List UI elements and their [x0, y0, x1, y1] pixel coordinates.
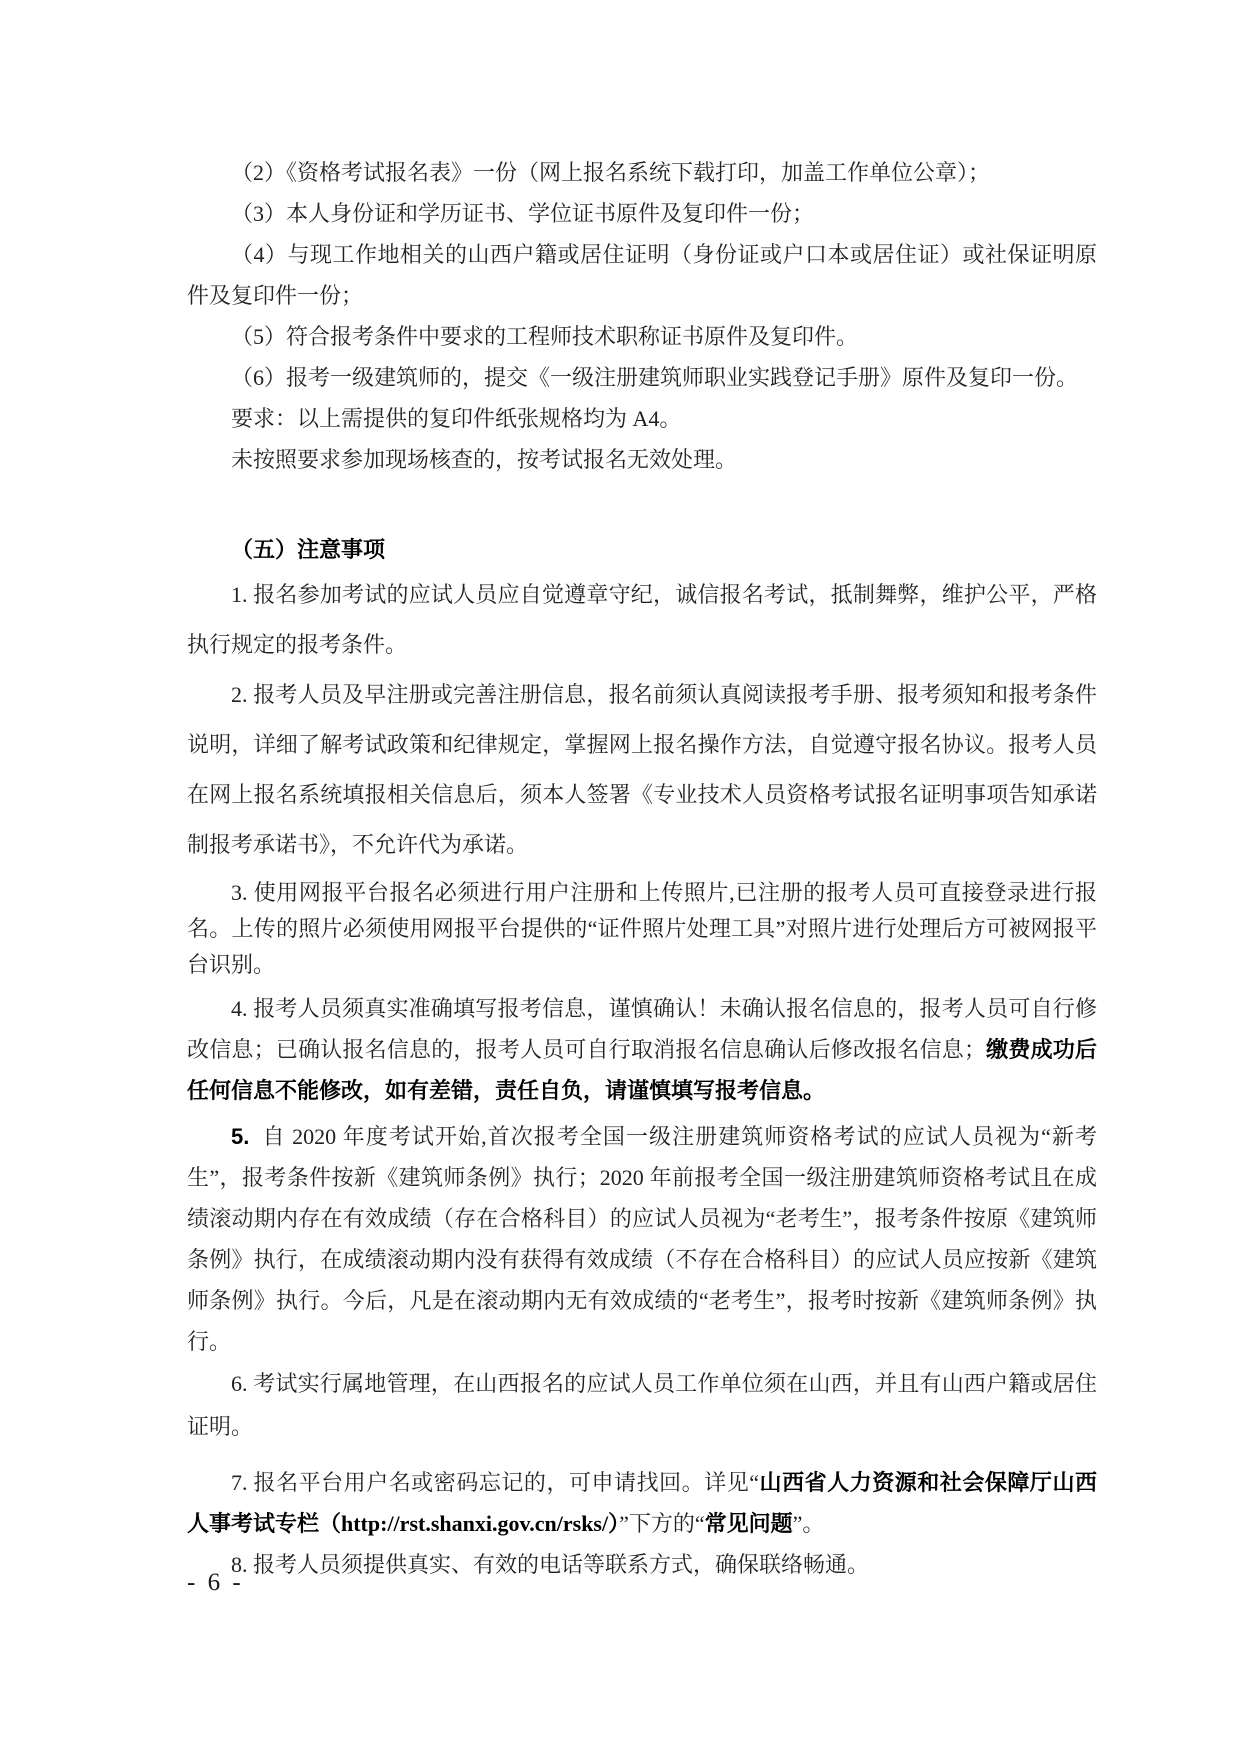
note-paragraph-6: 6. 考试实行属地管理，在山西报名的应试人员工作单位须在山西，并且有山西户籍或居… — [187, 1362, 1097, 1448]
notes-section-heading: （五）注意事项 — [187, 529, 1097, 570]
checklist-item-3: （3）本人身份证和学历证书、学位证书原件及复印件一份； — [187, 193, 1097, 234]
note-paragraph-1: 1. 报名参加考试的应试人员应自觉遵章守纪，诚信报名考试，抵制舞弊，维护公平，严… — [187, 570, 1097, 670]
checklist-item-6: （6）报考一级建筑师的，提交《一级注册建筑师职业实践登记手册》原件及复印一份。 — [187, 357, 1097, 398]
section-notes: （五）注意事项 1. 报名参加考试的应试人员应自觉遵章守纪，诚信报名考试，抵制舞… — [187, 529, 1097, 1585]
note-7-normal-text-1: 7. 报名平台用户名或密码忘记的，可申请找回。详见“ — [231, 1470, 759, 1495]
section-materials-checklist: （2）《资格考试报名表》一份（网上报名系统下载打印，加盖工作单位公章）； （3）… — [187, 152, 1097, 480]
note-paragraph-5: 5.自 2020 年度考试开始,首次报考全国一级注册建筑师资格考试的应试人员视为… — [187, 1116, 1097, 1362]
page-number: - 6 - — [187, 1566, 244, 1600]
note-paragraph-8: 8. 报考人员须提供真实、有效的电话等联系方式，确保联络畅通。 — [187, 1544, 1097, 1585]
note-4-normal-text: 4. 报考人员须真实准确填写报考信息，谨慎确认！未确认报名信息的，报考人员可自行… — [187, 996, 1097, 1062]
invalid-warning-line: 未按照要求参加现场核查的，按考试报名无效处理。 — [187, 439, 1097, 480]
requirement-line: 要求：以上需提供的复印件纸张规格均为 A4。 — [187, 398, 1097, 439]
document-body: （2）《资格考试报名表》一份（网上报名系统下载打印，加盖工作单位公章）； （3）… — [187, 152, 1097, 1585]
note-paragraph-2: 2. 报考人员及早注册或完善注册信息，报名前须认真阅读报考手册、报考须知和报考条… — [187, 670, 1097, 870]
note-paragraph-7: 7. 报名平台用户名或密码忘记的，可申请找回。详见“山西省人力资源和社会保障厅山… — [187, 1462, 1097, 1544]
note-5-number: 5. — [231, 1124, 249, 1149]
checklist-item-5: （5）符合报考条件中要求的工程师技术职称证书原件及复印件。 — [187, 316, 1097, 357]
note-7-normal-text-2: ”下方的“ — [619, 1511, 705, 1536]
checklist-item-2: （2）《资格考试报名表》一份（网上报名系统下载打印，加盖工作单位公章）； — [187, 152, 1097, 193]
note-7-normal-text-3: ”。 — [793, 1511, 825, 1536]
document-page: （2）《资格考试报名表》一份（网上报名系统下载打印，加盖工作单位公章）； （3）… — [0, 0, 1240, 1754]
note-paragraph-3: 3. 使用网报平台报名必须进行用户注册和上传照片,已注册的报考人员可直接登录进行… — [187, 875, 1097, 983]
checklist-item-4: （4）与现工作地相关的山西户籍或居住证明（身份证或户口本或居住证）或社保证明原件… — [187, 234, 1097, 316]
note-5-text: 自 2020 年度考试开始,首次报考全国一级注册建筑师资格考试的应试人员视为“新… — [187, 1124, 1097, 1354]
note-paragraph-4: 4. 报考人员须真实准确填写报考信息，谨慎确认！未确认报名信息的，报考人员可自行… — [187, 988, 1097, 1111]
note-7-bold-faq: 常见问题 — [705, 1511, 793, 1536]
